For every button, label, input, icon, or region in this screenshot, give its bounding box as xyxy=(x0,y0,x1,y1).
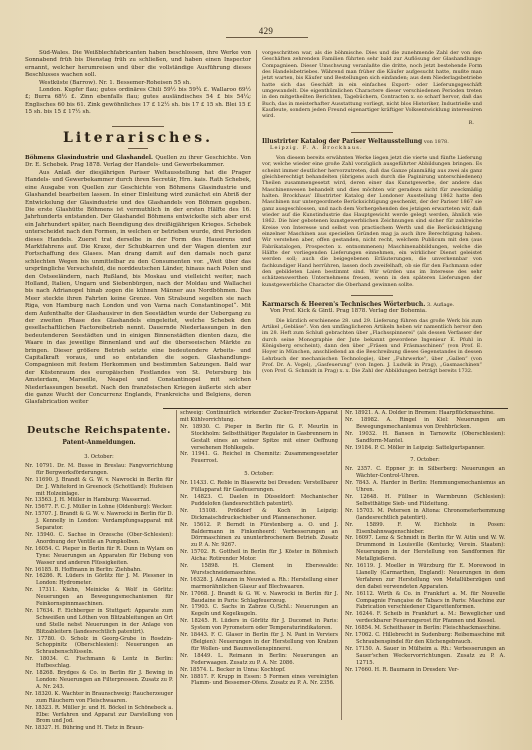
patent-entry: Nr. 18327. H. Bühring und H. Tietz in Br… xyxy=(25,725,173,732)
patent-entry: Nr. 17062. C. Hillebrecht in Sudenburg: … xyxy=(345,632,505,646)
patent-entry: Nr. 15899. F. W. Eichholz in Posen: Eise… xyxy=(345,522,505,536)
review-divider xyxy=(351,132,393,133)
patent-entry: Nr. 16054. C. Pieper in Berlin für R. Du… xyxy=(25,546,173,567)
patent-entry: Nr. 17068. J. Brandt & G. W. v. Nawrocki… xyxy=(180,591,338,605)
patent-entry: Nr. 11941. G. Reichel in Chemnitz: Zusam… xyxy=(180,451,338,465)
patent-entry: Nr. 18817. F. Krupp in Essen: 5 Formen e… xyxy=(180,674,338,688)
patent-column-divider xyxy=(341,410,342,720)
review2-byline: Leipzig. F. A. Brockhaus. xyxy=(262,145,482,151)
patent-entry: Nr. 18034. C. Fischmann & Lentz in Berli… xyxy=(25,656,173,670)
review3-body: Die kürzlich erschienene 28. und 29. Lie… xyxy=(262,318,482,375)
patent-entry: Nr. 16119. J. Moeller in Würzburg für E.… xyxy=(345,563,505,591)
patent-entry: Nr. 18443. F. C. Glaser in Berlin für J.… xyxy=(180,632,338,653)
patent-entry: Nr. 7843. A. Harder in Berlin: Hemmungsm… xyxy=(345,480,505,494)
section-title-literarisches: Literarisches. xyxy=(25,135,251,142)
review-title: Böhmens Glasindustrie und Glashandel. xyxy=(25,155,153,161)
patent-entry: Nr. 17634. F. Eichberger in Stuttgart: A… xyxy=(25,608,173,636)
review-heading: Böhmens Glasindustrie und Glashandel. Qu… xyxy=(25,155,251,170)
patent-entry: Nr. 17150. A. Sauer in Mülheim a. Rh.: V… xyxy=(345,646,505,667)
patent-entry: Nr. 11433. C. Reble in Blasewitz bei Dre… xyxy=(180,480,338,494)
patent-entry: Nr. 2357. C. Eppner jr. in Silberberg: N… xyxy=(345,466,505,480)
patents-title: Deutsche Reichspatente. xyxy=(25,425,173,436)
patent-date: 7. October: xyxy=(345,457,505,464)
review2-title: Illustrirter Katalog der Pariser Weltaus… xyxy=(262,138,422,145)
review-body: Aus Anlaß der diesjährigen Pariser Welta… xyxy=(25,170,251,407)
review-continued: vorgeschritten war, als die böhmische. D… xyxy=(262,50,482,120)
patent-entry: Nr. 15108. Prößdorf & Koch in Leipzig: D… xyxy=(180,508,338,522)
section-divider xyxy=(112,126,164,127)
left-column: Süd-Wales. Die Weißblechfabricanten habe… xyxy=(25,50,251,407)
patent-column-1: 3. October: Nr. 10791. Dr. M. Busse in B… xyxy=(25,448,173,732)
review3-title-suffix: 3. Auflage. xyxy=(427,302,454,308)
patent-entry: Nr. 11690. J. Brandt & G. W. v. Nawrocki… xyxy=(25,477,173,498)
patent-entry: Nr. 15677. F. C. J. Müller in Lohne (Old… xyxy=(25,504,173,511)
patent-column-divider xyxy=(176,410,177,720)
patent-date: 3. October: xyxy=(25,454,173,461)
patent-entry: Nr. 15707. J. Brandt & G. W. v. Nawrocki… xyxy=(25,511,173,532)
review3-title: Karmarsch & Heeren's Technisches Wörterb… xyxy=(262,301,425,308)
title-divider xyxy=(128,148,148,149)
patent-entry: Nr. 16097. Lenz & Schmidt in Berlin für … xyxy=(345,535,505,563)
patent-entry: Nr. 18320. K. Wachter in Braunschweig: R… xyxy=(25,691,173,705)
patent-entry: Nr. 18982. A. Ringel in Kiel: Neuerungen… xyxy=(345,417,505,431)
patent-entry: Nr. 17903. C. Sachs in Zabrze O./Schl.: … xyxy=(180,604,338,618)
patent-entry: Nr. 15702. R. Gottheil in Berlin für J. … xyxy=(180,549,338,563)
page-number: 429 xyxy=(0,26,532,36)
patent-entry: Nr. 19184. P. C. Möller in Leipzig: Satt… xyxy=(345,445,505,452)
patent-entry: Nr. 16286. R. Lüders in Görlitz für J. M… xyxy=(25,573,173,587)
patent-entry: Nr. 16854. M. Scheithauer in Berlin: Fle… xyxy=(345,625,505,632)
patent-entry: Nr. 16328. J. Aßmann in Neuwied a. Rh.: … xyxy=(180,577,338,591)
patent-entry: Nr. 15940. C. Sachse in Orzesche (Ober-S… xyxy=(25,532,173,546)
review2-body: Von diesem bereits erwähnten Werke liege… xyxy=(262,155,482,288)
patent-entry: Nr. 18245. R. Lüders in Görlitz für J. D… xyxy=(180,618,338,632)
patent-entry: Nr. 14823. C. Daelen in Düsseldorf: Mech… xyxy=(180,494,338,508)
market-report-south-wales: Süd-Wales. Die Weißblechfabricanten habe… xyxy=(25,50,251,80)
patent-entry: Nr. 16112. Wirth & Co. in Frankfurt a. M… xyxy=(345,591,505,612)
patent-column-3: Nr. 18921. A. A. Dolder in Bremen: Haarp… xyxy=(345,410,505,674)
patent-entry: Nr. 17660. H. R. Baumann in Dresden: Ver… xyxy=(345,667,505,674)
patent-entry: Nr. 18268. Brydges & Co. in Berlin für J… xyxy=(25,670,173,691)
patent-entry: Nr. 18323. R. Müller jr. und H. Böckel i… xyxy=(25,705,173,726)
patents-subtitle: Patent-Anmeldungen. xyxy=(25,439,173,446)
patent-entry: Nr. 10791. Dr. M. Busse in Breslau: Fang… xyxy=(25,463,173,477)
patent-entry: Nr. 15898. H. Clement in Eberswalde: Wur… xyxy=(180,563,338,577)
right-column: vorgeschritten war, als die böhmische. D… xyxy=(262,50,482,375)
patent-column-2: schweig: Continuirlich wirkender Zucker-… xyxy=(180,410,338,687)
review-divider xyxy=(351,295,393,296)
patent-entry: Nr. 15703. M. Petersen in Altona: Chrono… xyxy=(345,508,505,522)
patent-entry: Nr. 17780. O. Scholz in Georg-Grube in R… xyxy=(25,636,173,657)
patent-entry: Nr. 16244. F. Scheib in Frankfurt a. M.:… xyxy=(345,611,505,625)
patent-entry: Nr. 18921. A. A. Dolder in Bremen: Haarp… xyxy=(345,410,505,417)
patent-date: 5. October: xyxy=(180,471,338,478)
patent-entry: Nr. 17311. Kiehn, Meinicke & Wolf in Gör… xyxy=(25,587,173,608)
review2-title-suffix: von 1878. xyxy=(424,139,449,145)
market-report-london: London. Kupfer flau; gutes ordinäres Chi… xyxy=(25,87,251,117)
review-signature: R. xyxy=(262,120,482,126)
patent-entry: schweig: Continuirlich wirkender Zucker-… xyxy=(180,410,338,424)
patent-entry: Nr. 16185. B. Hoffmann in Berlin: Ziehba… xyxy=(25,567,173,574)
patent-entry: Nr. 18930. C. Pieper in Berlin für G. F.… xyxy=(180,424,338,452)
column-divider xyxy=(256,50,257,380)
document-page: 429 Süd-Wales. Die Weißblechfabricanten … xyxy=(0,0,532,750)
patent-entry: Nr. 12648. H. Füllner in Warmbrunn (Schl… xyxy=(345,494,505,508)
page-number-rule xyxy=(226,37,308,38)
patent-entry: Nr. 18574. L. Becker in Unna: Kochtopf. xyxy=(180,667,338,674)
patent-entry: Nr. 15612. P. Berndt in Fürstenberg a. O… xyxy=(180,522,338,550)
review3-byline: Von Prof. Kick & Gintl. Prag 1878. Verla… xyxy=(262,308,482,314)
patent-entry: Nr. 18449. L. Reimann in Berlin: Neuerun… xyxy=(180,653,338,667)
patent-entry: Nr. 19032. H. Bansen in Tarnowitz (Obers… xyxy=(345,431,505,445)
market-report-westkueste: Westküste (Barrow). Nr. 1. Bessemer-Rohe… xyxy=(25,80,251,87)
